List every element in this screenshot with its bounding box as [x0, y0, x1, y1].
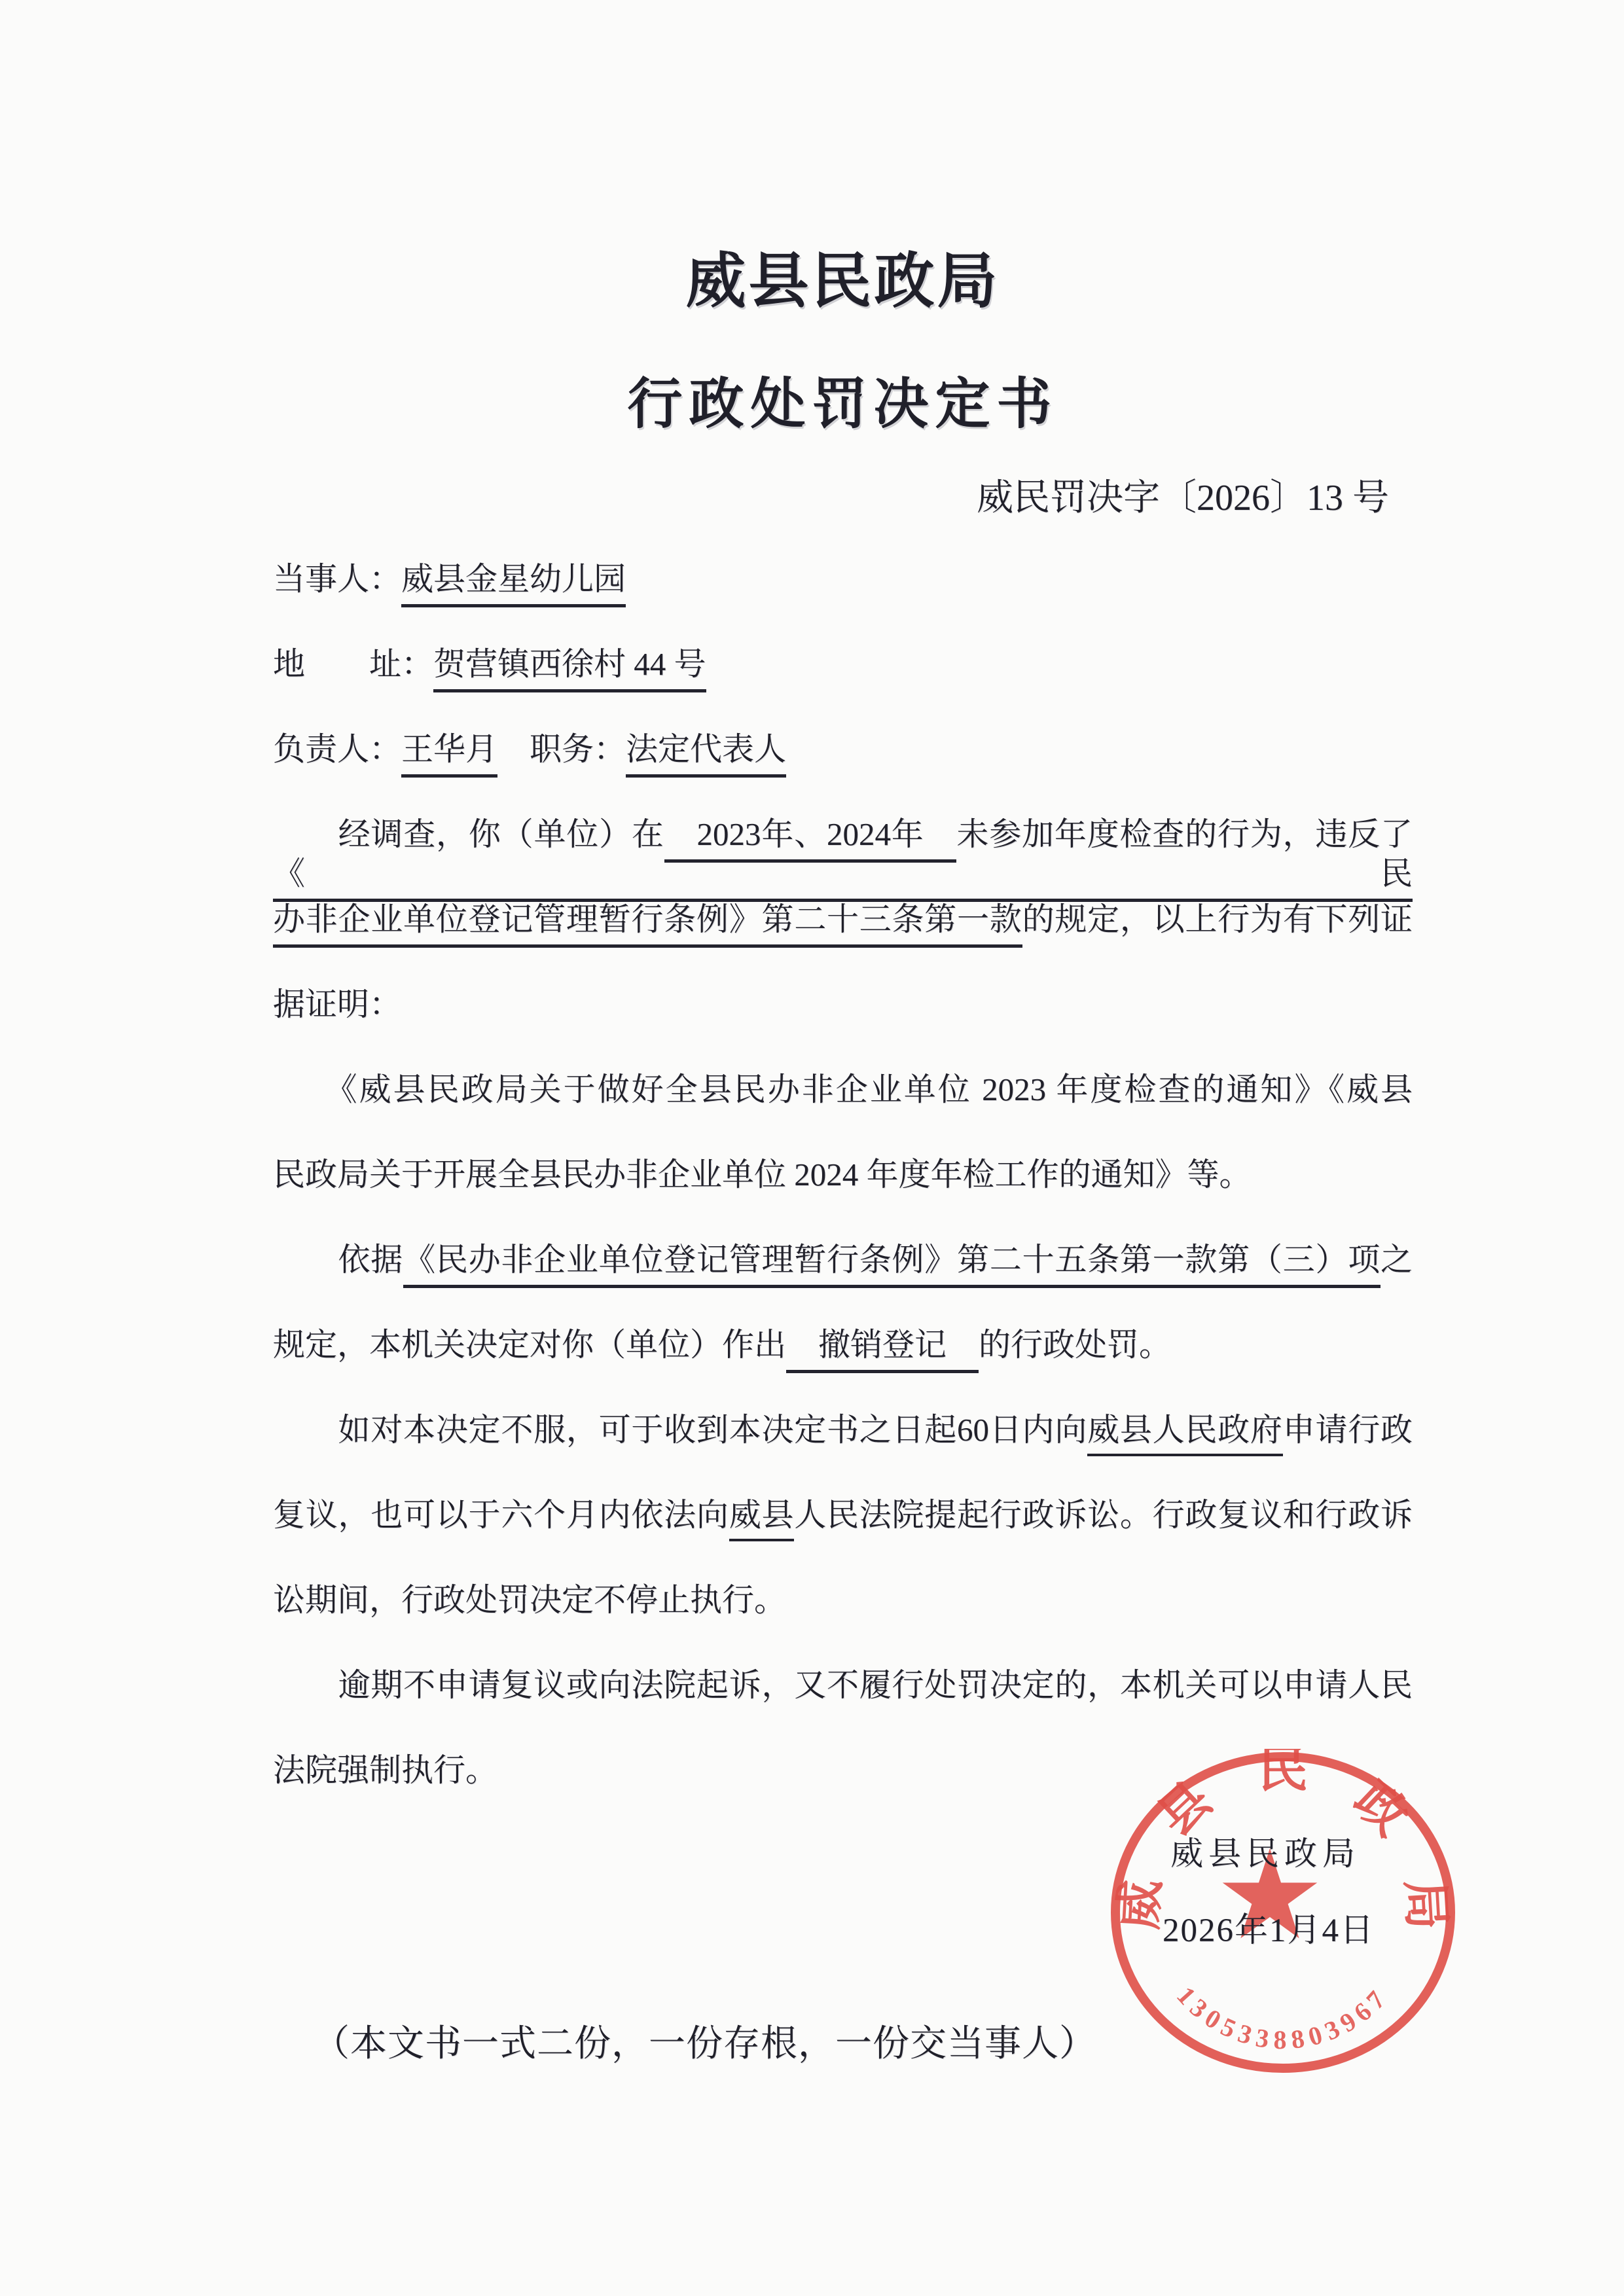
text-segment: 人民法院提起行政诉讼。行政复议和行政诉: [794, 1497, 1413, 1533]
document-number: 威民罚决字〔2026〕13 号: [273, 478, 1413, 564]
responsible-name-underlined: 王华月: [401, 731, 497, 778]
body-line-violation-2: 办非企业单位登记管理暂行条例》第二十三条第一款的规定，以上行为有下列证: [273, 900, 1413, 985]
text-segment: 复议，也可以于六个月内依法向: [273, 1497, 729, 1533]
body-line-appeal-1: 如对本决定不服，可于收到本决定书之日起60日内向威县人民政府申请行政: [273, 1410, 1413, 1496]
copies-note: （本文书一式二份，一份存根，一份交当事人）: [313, 2022, 1096, 2066]
penalty-blank-underlined: 撤销登记: [786, 1327, 979, 1373]
svg-text:1305338803967: 1305338803967: [1171, 1981, 1395, 2054]
party-line: 当事人：威县金星幼儿园: [273, 560, 1413, 645]
law-name-underlined: 办非企业单位登记管理暂行条例》第二十三条第一款: [273, 901, 1022, 948]
agency-title: 威县民政局: [273, 233, 1413, 319]
body-line-evidence-1: 《威县民政局关于做好全县民办非企业单位 2023 年度检查的通知》《威县: [273, 1070, 1413, 1155]
signature-date: 2026年1月4日: [1163, 1911, 1375, 1950]
address-label: 地 址：: [273, 646, 433, 682]
text-segment: 的规定，以上行为有下列证: [1022, 901, 1413, 937]
law-basis-underlined: 《民办非企业单位登记管理暂行条例》第二十五条第一款第（三）项: [403, 1242, 1380, 1288]
text-segment: 申请行政: [1283, 1412, 1413, 1448]
address-line: 地 址：贺营镇西徐村 44 号: [273, 645, 1413, 730]
text-segment: 依据: [273, 1242, 403, 1278]
party-name-underlined: 威县金星幼儿园: [401, 561, 626, 607]
position-underlined: 法定代表人: [626, 731, 786, 778]
body-line-enforcement-1: 逾期不申请复议或向法院起诉，又不履行处罚决定的，本机关可以申请人民: [273, 1666, 1413, 1751]
responsible-line: 负责人：王华月 职务：法定代表人: [273, 730, 1413, 815]
text-segment: 如对本决定不服，可于收到本决定书之日起60日内向: [273, 1412, 1087, 1448]
body-line-decision-2: 规定，本机关决定对你（单位）作出 撤销登记 的行政处罚。: [273, 1325, 1413, 1410]
text-segment: 未参加年度检查的行为，违反了: [956, 816, 1413, 852]
law-name-underlined: 《民: [273, 855, 1413, 902]
party-label: 当事人：: [273, 561, 401, 597]
text-segment: 的行政处罚。: [979, 1327, 1171, 1363]
body-line-appeal-3: 讼期间，行政处罚决定不停止执行。: [273, 1581, 1413, 1666]
document-type-title: 行政处罚决定书: [273, 360, 1413, 439]
body-line-appeal-2: 复议，也可以于六个月内依法向威县人民法院提起行政诉讼。行政复议和行政诉: [273, 1496, 1413, 1581]
document-page: 威县民政局 行政处罚决定书 威民罚决字〔2026〕13 号 当事人：威县金星幼儿…: [0, 0, 1624, 2296]
body-line-violation-1: 经调查，你（单位）在 2023年、2024年 未参加年度检查的行为，违反了《民: [273, 815, 1413, 900]
signature-agency: 威县民政局: [1170, 1834, 1360, 1873]
seal-code-text: 1305338803967: [1171, 1981, 1395, 2054]
responsible-label: 负责人：: [273, 731, 401, 767]
text-segment: 经调查，你（单位）在: [273, 816, 664, 852]
government-name-underlined: 威县人民政府: [1087, 1412, 1283, 1456]
body-line-evidence-2: 民政局关于开展全县民办非企业单位 2024 年度年检工作的通知》等。: [273, 1155, 1413, 1240]
position-label: 职务：: [497, 731, 626, 767]
text-segment: 规定，本机关决定对你（单位）作出: [273, 1327, 786, 1363]
text-segment: 之: [1380, 1242, 1413, 1278]
body-line-violation-3: 据证明：: [273, 985, 1413, 1070]
body-line-decision-1: 依据《民办非企业单位登记管理暂行条例》第二十五条第一款第（三）项之: [273, 1240, 1413, 1325]
address-underlined: 贺营镇西徐村 44 号: [433, 646, 706, 692]
county-name-underlined: 威县: [729, 1497, 795, 1541]
